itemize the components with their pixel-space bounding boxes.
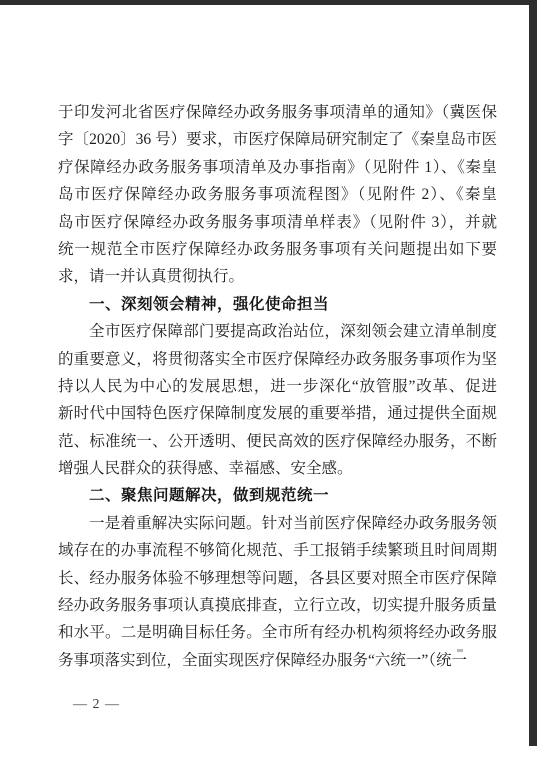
body-line: 疗保障经办政务服务事项清单及办事指南》（见附件 1）、《秦皇 xyxy=(58,154,497,181)
body-line: 域存在的办事流程不够简化规范、手工报销手续繁琐且时间周期 xyxy=(58,537,497,564)
body-line: 岛市医疗保障经办政务服务事项流程图》（见附件 2）、《秦皇 xyxy=(58,181,497,208)
body-line: 持以人民为中心的发展思想，进一步深化“放管服”改革、促进 xyxy=(58,373,497,400)
body-line: 新时代中国特色医疗保障制度发展的重要举措，通过提供全面规 xyxy=(58,400,497,427)
body-line: 于印发河北省医疗保障经办政务服务事项清单的通知》（冀医保 xyxy=(58,99,497,126)
body-line: 经办政务服务事项认真摸底排查，立行立改，切实提升服务质量 xyxy=(58,592,497,619)
document-body: 于印发河北省医疗保障经办政务服务事项清单的通知》（冀医保 字〔2020〕36 号… xyxy=(58,99,497,674)
scanned-document-page: 于印发河北省医疗保障经办政务服务事项清单的通知》（冀医保 字〔2020〕36 号… xyxy=(0,0,537,758)
body-line: 长、经办服务体验不够理想等问题，各县区要对照全市医疗保障 xyxy=(58,565,497,592)
body-line: 务事项落实到位，全面实现医疗保障经办服务“六统一”（统一 xyxy=(58,647,497,674)
scan-border-right xyxy=(529,0,537,746)
body-line: 全市医疗保障部门要提高政治站位，深刻领会建立清单制度 xyxy=(58,318,497,345)
body-line: 统一规范全市医疗保障经办政务服务事项有关问题提出如下要 xyxy=(58,236,497,263)
body-line: 增强人民群众的获得感、幸福感、安全感。 xyxy=(58,455,497,482)
section-heading-2: 二、聚焦问题解决，做到规范统一 xyxy=(58,482,497,509)
page-number: — 2 — xyxy=(73,697,120,713)
body-line: 的重要意义，将贯彻落实全市医疗保障经办政务服务事项作为坚 xyxy=(58,346,497,373)
body-line: 范、标准统一、公开透明、便民高效的医疗保障经办服务，不断 xyxy=(58,428,497,455)
body-line: 求，请一并认真贯彻执行。 xyxy=(58,263,497,290)
section-heading-1: 一、深刻领会精神，强化使命担当 xyxy=(58,291,497,318)
body-line: 和水平。二是明确目标任务。全市所有经办机构须将经办政务服 xyxy=(58,619,497,646)
body-line: 一是着重解决实际问题。针对当前医疗保障经办政务服务领 xyxy=(58,510,497,537)
scan-border-top xyxy=(0,0,537,5)
body-line: 字〔2020〕36 号）要求，市医疗保障局研究制定了《秦皇岛市医 xyxy=(58,126,497,153)
body-line: 岛市医疗保障经办政务服务事项清单样表》（见附件 3），并就 xyxy=(58,209,497,236)
